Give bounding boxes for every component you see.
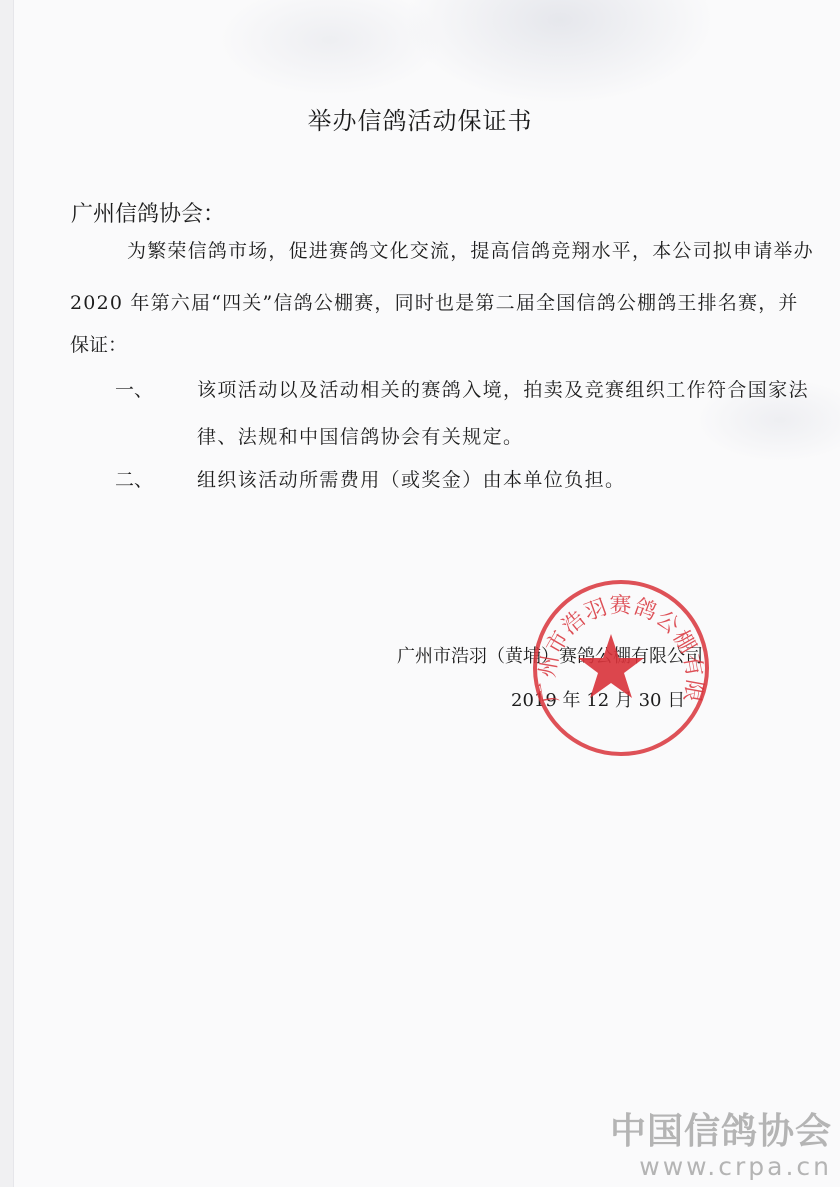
item-1-line-1: 该项活动以及活动相关的赛鸽入境，拍卖及竞赛组织工作符合国家法 <box>197 375 809 402</box>
company-seal: 广州市浩羽赛鸽公棚有限公司 <box>531 578 711 758</box>
signature-date: 2019 年 12 月 30 日 <box>511 686 685 712</box>
item-number-1: 一、 <box>115 375 153 402</box>
item-1-line-2: 律、法规和中国信鸽协会有关规定。 <box>197 422 523 449</box>
watermark: 中国信鸽协会 www.crpa.cn <box>610 1112 832 1182</box>
document-page: 举办信鸽活动保证书 广州信鸽协会： 为繁荣信鸽市场，促进赛鸽文化交流，提高信鸽竞… <box>0 0 840 1187</box>
watermark-name: 中国信鸽协会 <box>610 1112 832 1152</box>
salutation: 广州信鸽协会： <box>71 197 225 228</box>
document-title: 举办信鸽活动保证书 <box>0 101 840 136</box>
scan-margin <box>0 0 14 1187</box>
watermark-url: www.crpa.cn <box>610 1152 832 1182</box>
paragraph-line-2: 2020 年第六届“四关”信鸽公棚赛，同时也是第二届全国信鸽公棚鸽王排名赛，并 <box>70 288 799 315</box>
item-number-2: 二、 <box>115 465 153 492</box>
signature-company: 广州市浩羽（黄埔）赛鸽公棚有限公司 <box>397 642 703 668</box>
paragraph-line-3: 保证： <box>70 330 127 357</box>
paragraph-line-1: 为繁荣信鸽市场，促进赛鸽文化交流，提高信鸽竞翔水平，本公司拟申请举办 <box>127 236 814 263</box>
item-2-line-1: 组织该活动所需费用（或奖金）由本单位负担。 <box>197 465 625 492</box>
